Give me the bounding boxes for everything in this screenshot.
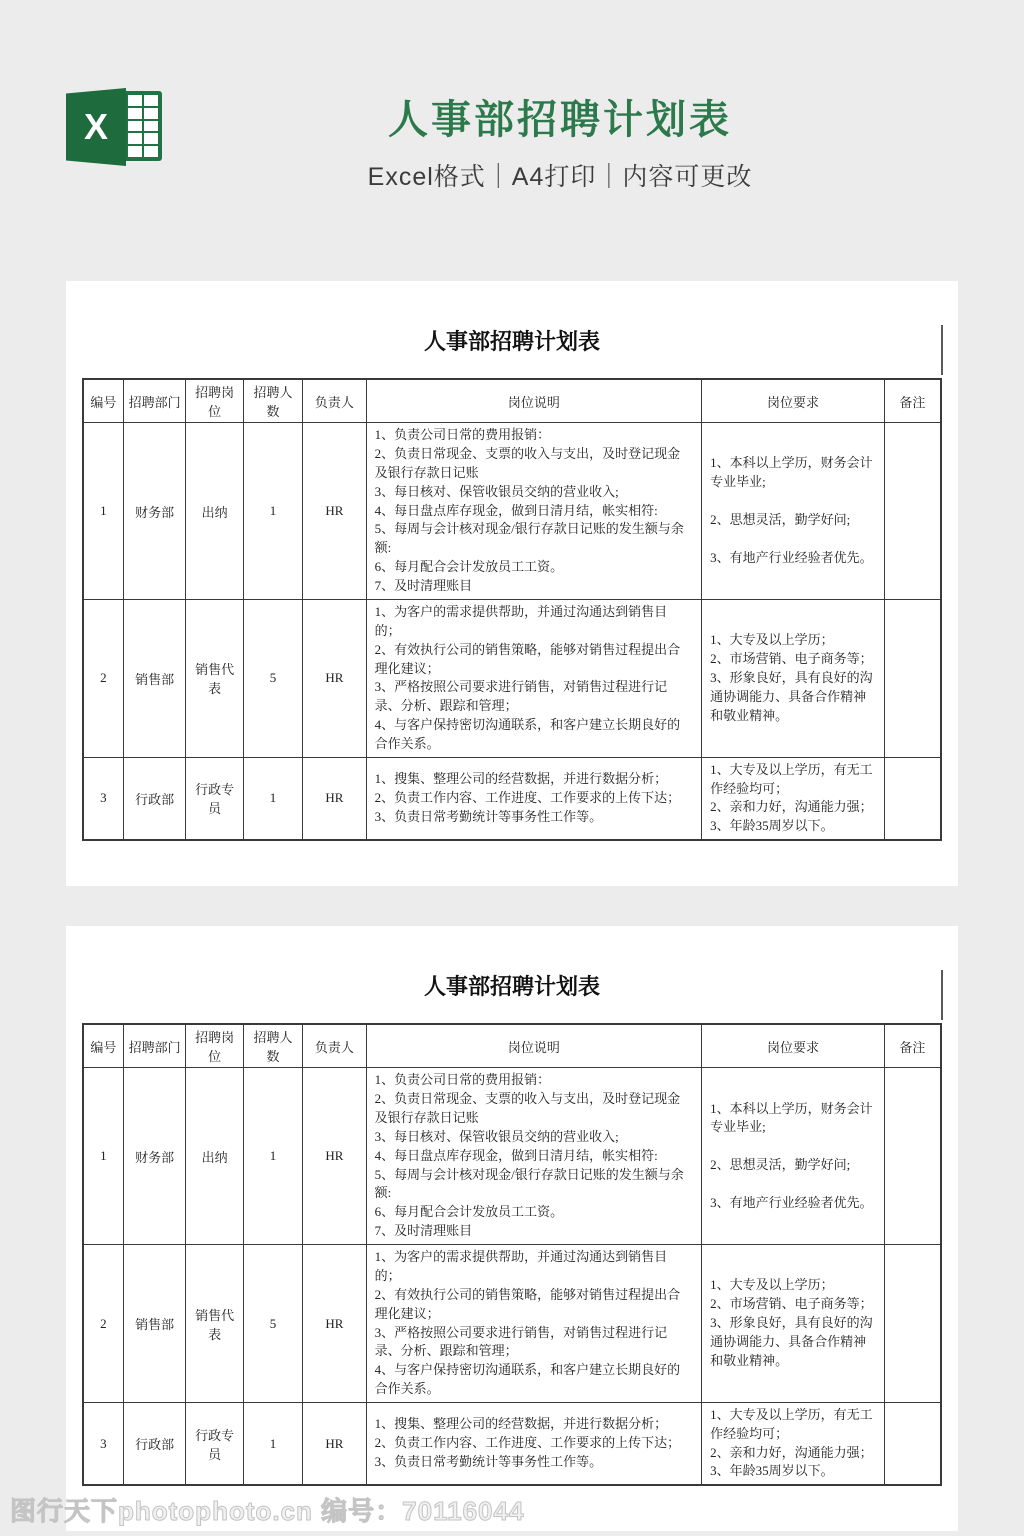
cell-dept: 销售部: [123, 600, 186, 758]
column-header: 招聘部门: [123, 379, 186, 423]
cell-owner: HR: [303, 600, 366, 758]
column-header: 岗位说明: [366, 379, 701, 423]
cell-note: [884, 423, 941, 600]
column-header: 招聘人数: [243, 379, 302, 423]
cell-description: 1、搜集、整理公司的经营数据，并进行数据分析； 2、负责工作内容、工作进度、工作…: [366, 757, 701, 840]
cell-description: 1、负责公司日常的费用报销： 2、负责日常现金、支票的收入与支出，及时登记现金及…: [366, 423, 701, 600]
header-row: 编号招聘部门招聘岗位招聘人数负责人岗位说明岗位要求备注: [83, 379, 941, 423]
page-subtitle: Excel格式｜A4打印｜内容可更改: [96, 157, 1024, 193]
cell-position: 出纳: [186, 1068, 243, 1245]
recruitment-table: 编号招聘部门招聘岗位招聘人数负责人岗位说明岗位要求备注 1财务部出纳1HR1、负…: [82, 378, 942, 841]
cell-owner: HR: [303, 1068, 366, 1245]
header-row: 编号招聘部门招聘岗位招聘人数负责人岗位说明岗位要求备注: [83, 1024, 941, 1068]
cell-no: 2: [83, 1245, 123, 1403]
cell-requirements: 1、大专及以上学历； 2、市场营销、电子商务等； 3、形象良好，具有良好的沟通协…: [702, 1245, 885, 1403]
cell-dept: 财务部: [123, 423, 186, 600]
cell-note: [884, 600, 941, 758]
sheet-panel-1: 人事部招聘计划表 编号招聘部门招聘岗位招聘人数负责人岗位说明岗位要求备注 1财务…: [66, 281, 958, 886]
cell-count: 1: [243, 1402, 302, 1485]
cell-dept: 行政部: [123, 1402, 186, 1485]
cell-requirements: 1、大专及以上学历，有无工作经验均可； 2、亲和力好，沟通能力强； 3、年龄35…: [702, 757, 885, 840]
cell-owner: HR: [303, 1402, 366, 1485]
table-row: 1财务部出纳1HR1、负责公司日常的费用报销： 2、负责日常现金、支票的收入与支…: [83, 423, 941, 600]
cell-count: 5: [243, 1245, 302, 1403]
cell-position: 销售代表: [186, 600, 243, 758]
column-header: 岗位说明: [366, 1024, 701, 1068]
cell-description: 1、搜集、整理公司的经营数据，并进行数据分析； 2、负责工作内容、工作进度、工作…: [366, 1402, 701, 1485]
table-row: 2销售部销售代表5HR1、为客户的需求提供帮助，并通过沟通达到销售目的； 2、有…: [83, 600, 941, 758]
table-row: 3行政部行政专员1HR1、搜集、整理公司的经营数据，并进行数据分析； 2、负责工…: [83, 757, 941, 840]
column-header: 招聘岗位: [186, 379, 243, 423]
cell-note: [884, 757, 941, 840]
sheet-title: 人事部招聘计划表: [82, 281, 942, 378]
column-header: 岗位要求: [702, 1024, 885, 1068]
cell-dept: 财务部: [123, 1068, 186, 1245]
cell-count: 1: [243, 423, 302, 600]
cell-description: 1、为客户的需求提供帮助，并通过沟通达到销售目的； 2、有效执行公司的销售策略，…: [366, 1245, 701, 1403]
column-header: 编号: [83, 379, 123, 423]
excel-icon: X: [66, 88, 164, 166]
column-header: 备注: [884, 1024, 941, 1068]
cell-requirements: 1、大专及以上学历； 2、市场营销、电子商务等； 3、形象良好，具有良好的沟通协…: [702, 600, 885, 758]
cell-no: 1: [83, 1068, 123, 1245]
cell-count: 5: [243, 600, 302, 758]
cell-no: 3: [83, 1402, 123, 1485]
excel-fold-shape: X: [66, 88, 126, 166]
cell-description: 1、为客户的需求提供帮助，并通过沟通达到销售目的； 2、有效执行公司的销售策略，…: [366, 600, 701, 758]
column-header: 编号: [83, 1024, 123, 1068]
column-header: 岗位要求: [702, 379, 885, 423]
sheet-edge-mark: [941, 970, 943, 1020]
page-title: 人事部招聘计划表: [96, 88, 1024, 145]
cell-position: 出纳: [186, 423, 243, 600]
table-row: 2销售部销售代表5HR1、为客户的需求提供帮助，并通过沟通达到销售目的； 2、有…: [83, 1245, 941, 1403]
cell-owner: HR: [303, 757, 366, 840]
cell-no: 1: [83, 423, 123, 600]
cell-note: [884, 1245, 941, 1403]
cell-count: 1: [243, 757, 302, 840]
page-header: X 人事部招聘计划表 Excel格式｜A4打印｜内容可更改: [0, 0, 1024, 193]
cell-note: [884, 1402, 941, 1485]
cell-owner: HR: [303, 1245, 366, 1403]
column-header: 负责人: [303, 379, 366, 423]
column-header: 备注: [884, 379, 941, 423]
table-row: 1财务部出纳1HR1、负责公司日常的费用报销： 2、负责日常现金、支票的收入与支…: [83, 1068, 941, 1245]
cell-dept: 销售部: [123, 1245, 186, 1403]
cell-requirements: 1、本科以上学历，财务会计专业毕业; 2、思想灵活，勤学好问; 3、有地产行业经…: [702, 1068, 885, 1245]
column-header: 负责人: [303, 1024, 366, 1068]
sheet-panel-2: 人事部招聘计划表 编号招聘部门招聘岗位招聘人数负责人岗位说明岗位要求备注 1财务…: [66, 926, 958, 1531]
column-header: 招聘岗位: [186, 1024, 243, 1068]
cell-position: 行政专员: [186, 1402, 243, 1485]
sheet-edge-mark: [941, 325, 943, 375]
column-header: 招聘部门: [123, 1024, 186, 1068]
cell-note: [884, 1068, 941, 1245]
excel-x-letter: X: [84, 109, 108, 145]
cell-requirements: 1、本科以上学历，财务会计专业毕业; 2、思想灵活，勤学好问; 3、有地产行业经…: [702, 423, 885, 600]
cell-position: 行政专员: [186, 757, 243, 840]
cell-position: 销售代表: [186, 1245, 243, 1403]
cell-description: 1、负责公司日常的费用报销： 2、负责日常现金、支票的收入与支出，及时登记现金及…: [366, 1068, 701, 1245]
cell-no: 3: [83, 757, 123, 840]
watermark-text: 图行天下photophoto.cn 编号：70116044: [10, 1491, 524, 1528]
table-row: 3行政部行政专员1HR1、搜集、整理公司的经营数据，并进行数据分析； 2、负责工…: [83, 1402, 941, 1485]
recruitment-table: 编号招聘部门招聘岗位招聘人数负责人岗位说明岗位要求备注 1财务部出纳1HR1、负…: [82, 1023, 942, 1486]
sheet-title: 人事部招聘计划表: [82, 926, 942, 1023]
column-header: 招聘人数: [243, 1024, 302, 1068]
cell-owner: HR: [303, 423, 366, 600]
cell-dept: 行政部: [123, 757, 186, 840]
cell-requirements: 1、大专及以上学历，有无工作经验均可； 2、亲和力好，沟通能力强； 3、年龄35…: [702, 1402, 885, 1485]
cell-no: 2: [83, 600, 123, 758]
cell-count: 1: [243, 1068, 302, 1245]
